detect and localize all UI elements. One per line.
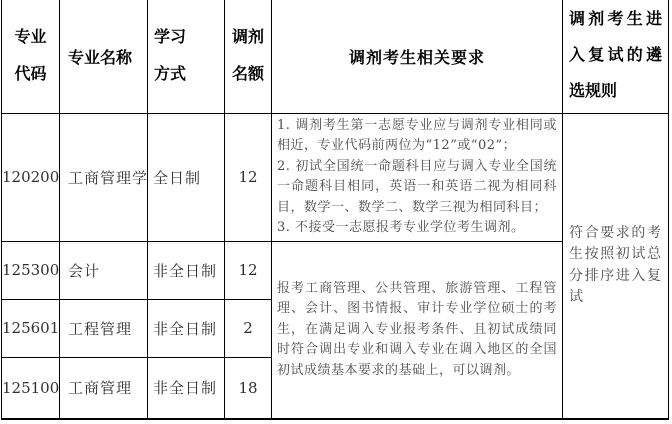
header-requirements-label: 调剂考生相关要求 (349, 50, 485, 67)
cell-quota: 12 (225, 241, 272, 299)
cell-major-name: 工程管理 (60, 299, 148, 357)
header-requirements: 调剂考生相关要求 (272, 0, 563, 113)
cell-major-code: 120200 (2, 113, 60, 241)
transfer-info-table: 专业代码 专业名称 学习方式 调剂名额 调剂考生相关要求 调剂考生进入复试的遴选… (1, 0, 669, 420)
cell-quota: 2 (225, 299, 272, 357)
header-major-code-label: 专业代码 (13, 19, 49, 93)
requirement-item-2: 2. 初试全国统一命题科目应与调入专业全国统一命题科目相同，英语一和英语二视为相… (277, 157, 557, 219)
cell-major-code: 125601 (2, 299, 60, 357)
cell-major-name: 工商管理 (60, 357, 148, 419)
cell-major-name: 会计 (60, 241, 148, 299)
cell-requirements-merged: 报考工商管理、公共管理、旅游管理、工程管理、会计、图书情报、审计专业学位硕士的考… (272, 241, 563, 419)
header-quota-label: 调剂名额 (230, 19, 266, 93)
table-row: 120200 工商管理学 全日制 12 1. 调剂考生第一志愿专业应与调剂专业相… (2, 113, 669, 241)
header-row: 专业代码 专业名称 学习方式 调剂名额 调剂考生相关要求 调剂考生进入复试的遴选… (2, 0, 669, 113)
cell-study-mode: 全日制 (148, 113, 225, 241)
header-major-name-label: 专业名称 (68, 50, 132, 67)
cell-requirements-row1: 1. 调剂考生第一志愿专业应与调剂专业相同或相近，专业代码前两位为“12”或“0… (272, 113, 563, 241)
header-study-mode-label: 学习方式 (154, 19, 190, 93)
cell-major-code: 125100 (2, 357, 60, 419)
cell-quota: 18 (225, 357, 272, 419)
header-quota: 调剂名额 (225, 0, 272, 113)
cell-study-mode: 非全日制 (148, 299, 225, 357)
cell-major-code: 125300 (2, 241, 60, 299)
selection-rule-text: 符合要求的考生按照初试总分排序进入复试 (569, 223, 662, 309)
cell-study-mode: 非全日制 (148, 241, 225, 299)
header-study-mode: 学习方式 (148, 0, 225, 113)
cell-study-mode: 非全日制 (148, 357, 225, 419)
header-selection-rule: 调剂考生进入复试的遴选规则 (563, 0, 669, 113)
cell-quota: 12 (225, 113, 272, 241)
cell-major-name: 工商管理学 (60, 113, 148, 241)
cell-selection-rule: 符合要求的考生按照初试总分排序进入复试 (563, 113, 669, 419)
requirement-item-3: 3. 不接受一志愿报考专业学位考生调剂。 (277, 218, 557, 239)
header-selection-rule-label: 调剂考生进入复试的遴选规则 (569, 11, 662, 100)
header-major-code: 专业代码 (2, 0, 60, 113)
header-major-name: 专业名称 (60, 0, 148, 113)
requirement-item-1: 1. 调剂考生第一志愿专业应与调剂专业相同或相近，专业代码前两位为“12”或“0… (277, 116, 557, 157)
requirement-merged-text: 报考工商管理、公共管理、旅游管理、工程管理、会计、图书情报、审计专业学位硕士的考… (277, 279, 557, 382)
